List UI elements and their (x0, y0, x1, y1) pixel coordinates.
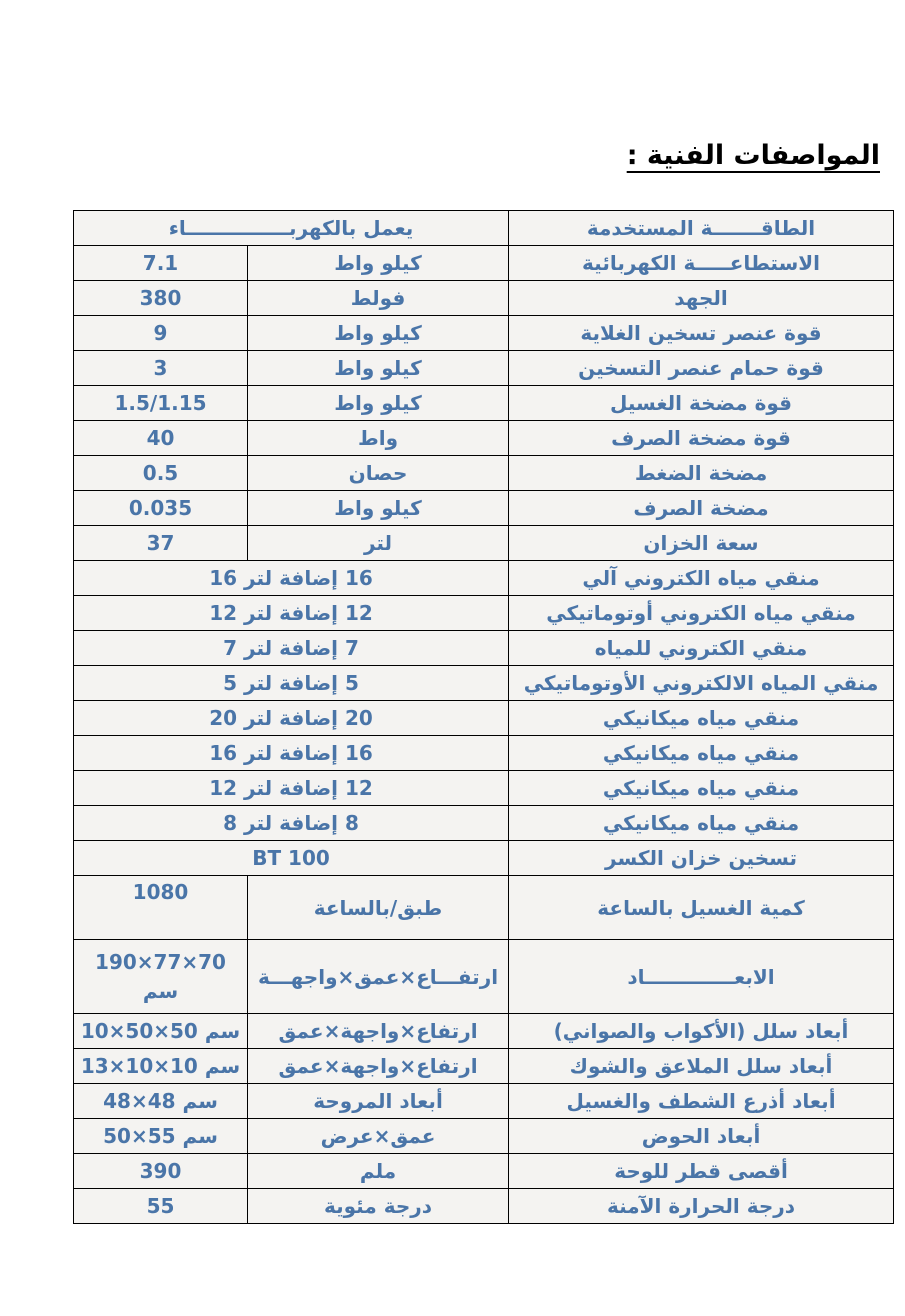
table-row: منقي مياه ميكانيكي8 إضافة لتر 8 (74, 806, 894, 841)
table-row: الطاقـــــــة المستخدمةيعمل بالكهربـــــ… (74, 211, 894, 246)
table-row: مضخة الضغطحصان0.5 (74, 456, 894, 491)
spec-value-cell: 16 إضافة لتر 16 (74, 561, 509, 596)
spec-unit-cell: أبعاد المروحة (248, 1084, 509, 1119)
spec-value-cell: 7.1 (74, 246, 248, 281)
spec-label-cell: منقي مياه ميكانيكي (509, 701, 894, 736)
table-row: أبعاد أذرع الشطف والغسيلأبعاد المروحة48×… (74, 1084, 894, 1119)
specs-table-body: الطاقـــــــة المستخدمةيعمل بالكهربـــــ… (74, 211, 894, 1224)
spec-value-cell: 0.5 (74, 456, 248, 491)
spec-unit-cell: واط (248, 421, 509, 456)
spec-value-cell: 40 (74, 421, 248, 456)
spec-label-cell: منقي مياه الكتروني آلي (509, 561, 894, 596)
spec-value-cell: 8 إضافة لتر 8 (74, 806, 509, 841)
table-row: كمية الغسيل بالساعةطبق/بالساعة1080 (74, 876, 894, 940)
spec-value-cell: 0.035 (74, 491, 248, 526)
spec-label-cell: أبعاد أذرع الشطف والغسيل (509, 1084, 894, 1119)
spec-label-cell: كمية الغسيل بالساعة (509, 876, 894, 940)
spec-value-cell: 7 إضافة لتر 7 (74, 631, 509, 666)
table-row: الابعـــــــــــــادارتفـــاع×عمق×واجهــ… (74, 940, 894, 1014)
table-row: قوة حمام عنصر التسخينكيلو واط3 (74, 351, 894, 386)
spec-label-cell: درجة الحرارة الآمنة (509, 1189, 894, 1224)
spec-label-cell: منقي مياه ميكانيكي (509, 771, 894, 806)
table-row: أقصى قطر للوحةملم390 (74, 1154, 894, 1189)
table-row: قوة مضخة الغسيلكيلو واط1.5/1.15 (74, 386, 894, 421)
spec-unit-cell: كيلو واط (248, 246, 509, 281)
spec-value-cell: 48×48 سم (74, 1084, 248, 1119)
spec-unit-cell: كيلو واط (248, 491, 509, 526)
spec-label-cell: أبعاد الحوض (509, 1119, 894, 1154)
spec-value-cell: 37 (74, 526, 248, 561)
spec-unit-cell: كيلو واط (248, 351, 509, 386)
table-row: تسخين خزان الكسرBT 100 (74, 841, 894, 876)
spec-unit-cell: ارتفاع×واجهة×عمق (248, 1049, 509, 1084)
spec-label-cell: أبعاد سلل الملاعق والشوك (509, 1049, 894, 1084)
spec-unit-cell: لتر (248, 526, 509, 561)
table-row: سعة الخزانلتر37 (74, 526, 894, 561)
spec-value-cell: 12 إضافة لتر 12 (74, 596, 509, 631)
spec-label-cell: قوة حمام عنصر التسخين (509, 351, 894, 386)
table-row: قوة عنصر تسخين الغلايةكيلو واط9 (74, 316, 894, 351)
spec-value-cell: 13×10×10 سم (74, 1049, 248, 1084)
table-row: منقي مياه ميكانيكي20 إضافة لتر 20 (74, 701, 894, 736)
spec-label-cell: منقي مياه الكتروني أوتوماتيكي (509, 596, 894, 631)
spec-value-cell: 3 (74, 351, 248, 386)
spec-unit-cell: درجة مئوية (248, 1189, 509, 1224)
spec-unit-cell: ارتفاع×واجهة×عمق (248, 1014, 509, 1049)
table-row: منقي مياه ميكانيكي16 إضافة لتر 16 (74, 736, 894, 771)
table-row: منقي مياه الكتروني أوتوماتيكي12 إضافة لت… (74, 596, 894, 631)
spec-label-cell: مضخة الصرف (509, 491, 894, 526)
table-row: منقي المياه الالكتروني الأوتوماتيكي5 إضا… (74, 666, 894, 701)
spec-label-cell: الابعـــــــــــــاد (509, 940, 894, 1014)
spec-unit-cell: ارتفـــاع×عمق×واجهـــة (248, 940, 509, 1014)
spec-label-cell: أبعاد سلل (الأكواب والصواني) (509, 1014, 894, 1049)
spec-unit-cell: حصان (248, 456, 509, 491)
table-row: الاستطاعـــــة الكهربائيةكيلو واط7.1 (74, 246, 894, 281)
specs-table: الطاقـــــــة المستخدمةيعمل بالكهربـــــ… (73, 210, 894, 1224)
spec-label-cell: قوة عنصر تسخين الغلاية (509, 316, 894, 351)
table-row: مضخة الصرفكيلو واط0.035 (74, 491, 894, 526)
spec-unit-cell: ملم (248, 1154, 509, 1189)
spec-label-cell: الاستطاعـــــة الكهربائية (509, 246, 894, 281)
table-row: أبعاد سلل (الأكواب والصواني)ارتفاع×واجهة… (74, 1014, 894, 1049)
spec-unit-cell: كيلو واط (248, 386, 509, 421)
table-row: قوة مضخة الصرفواط40 (74, 421, 894, 456)
table-row: منقي الكتروني للمياه7 إضافة لتر 7 (74, 631, 894, 666)
spec-label-cell: أقصى قطر للوحة (509, 1154, 894, 1189)
spec-unit-cell: فولط (248, 281, 509, 316)
spec-unit-cell: طبق/بالساعة (248, 876, 509, 940)
spec-label-cell: الجهد (509, 281, 894, 316)
spec-value-cell: يعمل بالكهربـــــــــــــــاء (74, 211, 509, 246)
spec-unit-cell: كيلو واط (248, 316, 509, 351)
table-row: منقي مياه ميكانيكي12 إضافة لتر 12 (74, 771, 894, 806)
spec-label-cell: قوة مضخة الصرف (509, 421, 894, 456)
spec-value-cell: 380 (74, 281, 248, 316)
spec-value-cell: 390 (74, 1154, 248, 1189)
spec-label-cell: سعة الخزان (509, 526, 894, 561)
spec-value-cell: 16 إضافة لتر 16 (74, 736, 509, 771)
table-row: منقي مياه الكتروني آلي16 إضافة لتر 16 (74, 561, 894, 596)
spec-value-cell: 1.5/1.15 (74, 386, 248, 421)
spec-value-cell: BT 100 (74, 841, 509, 876)
spec-value-cell: 50×55 سم (74, 1119, 248, 1154)
spec-value-cell: 190×77×70سم (74, 940, 248, 1014)
spec-value-cell: 12 إضافة لتر 12 (74, 771, 509, 806)
document-page: المواصفات الفنية : الطاقـــــــة المستخد… (0, 0, 905, 1316)
spec-value-cell: 9 (74, 316, 248, 351)
spec-label-cell: تسخين خزان الكسر (509, 841, 894, 876)
spec-value-line2: سم (78, 977, 243, 1006)
spec-value-line1: 190×77×70 (78, 948, 243, 977)
spec-value-cell: 10×50×50 سم (74, 1014, 248, 1049)
spec-label-cell: منقي الكتروني للمياه (509, 631, 894, 666)
spec-label-cell: منقي مياه ميكانيكي (509, 736, 894, 771)
table-row: أبعاد سلل الملاعق والشوكارتفاع×واجهة×عمق… (74, 1049, 894, 1084)
spec-value-cell: 55 (74, 1189, 248, 1224)
spec-value-cell: 1080 (74, 876, 248, 940)
spec-label-cell: مضخة الضغط (509, 456, 894, 491)
spec-label-cell: قوة مضخة الغسيل (509, 386, 894, 421)
page-title: المواصفات الفنية : (627, 140, 880, 171)
spec-value-cell: 20 إضافة لتر 20 (74, 701, 509, 736)
spec-label-cell: الطاقـــــــة المستخدمة (509, 211, 894, 246)
table-row: أبعاد الحوضعمق×عرض50×55 سم (74, 1119, 894, 1154)
table-row: درجة الحرارة الآمنةدرجة مئوية55 (74, 1189, 894, 1224)
table-row: الجهدفولط380 (74, 281, 894, 316)
spec-label-cell: منقي مياه ميكانيكي (509, 806, 894, 841)
spec-value-cell: 5 إضافة لتر 5 (74, 666, 509, 701)
spec-label-cell: منقي المياه الالكتروني الأوتوماتيكي (509, 666, 894, 701)
spec-unit-cell: عمق×عرض (248, 1119, 509, 1154)
